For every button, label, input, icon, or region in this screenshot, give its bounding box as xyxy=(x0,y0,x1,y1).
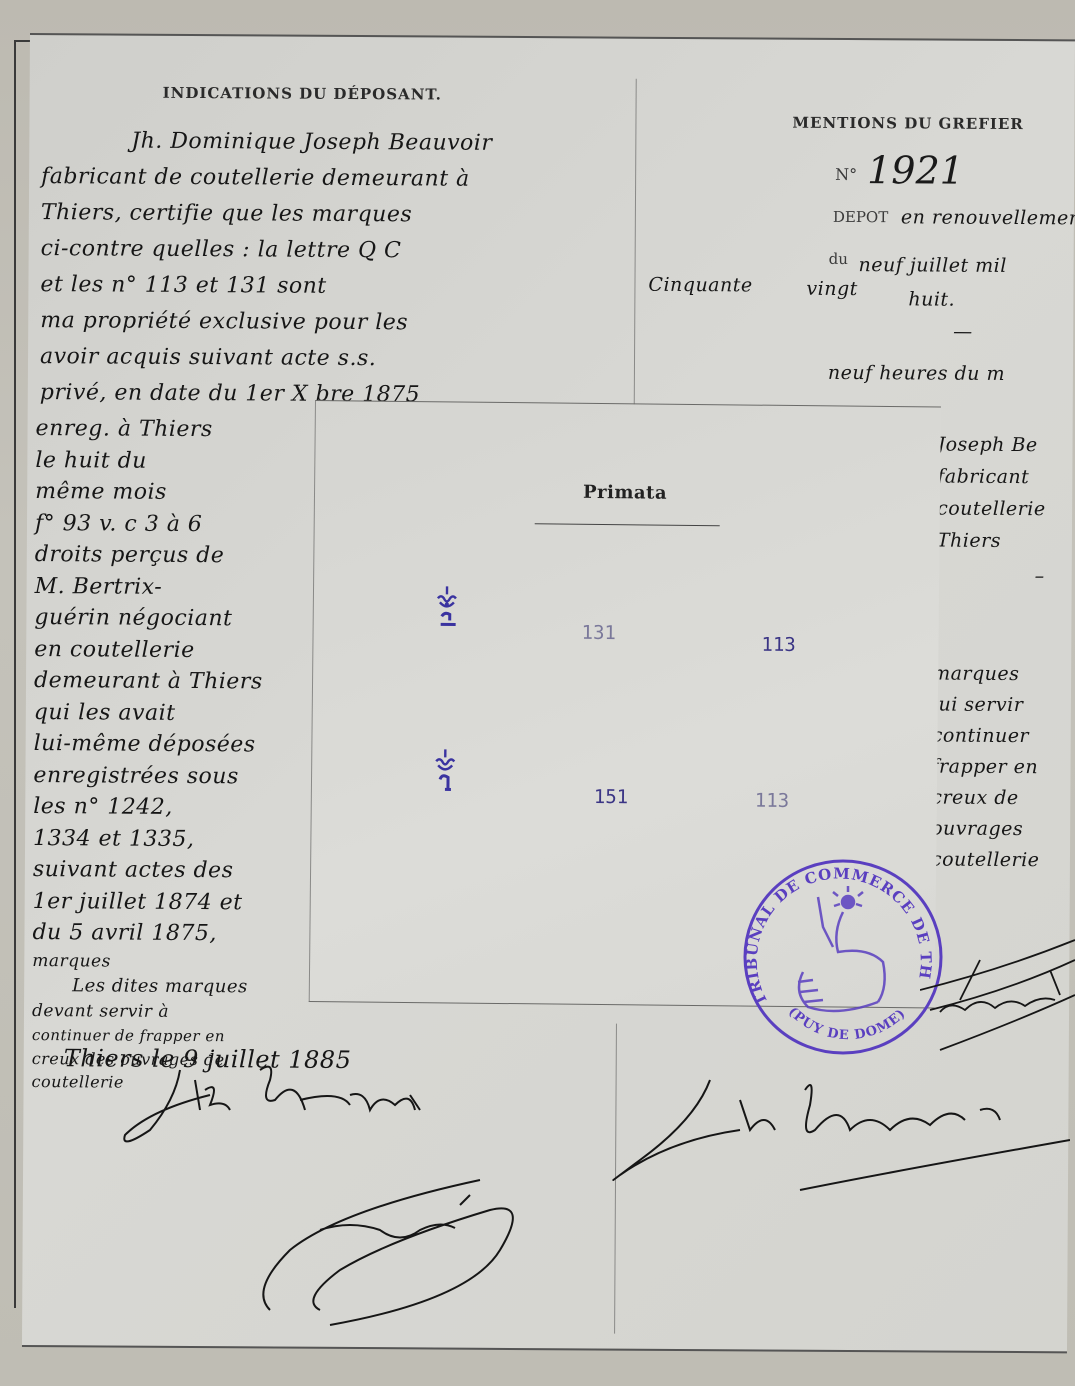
right-column-heading: MENTIONS DU GREFIER xyxy=(792,114,1023,133)
left-line: même mois xyxy=(35,476,315,509)
left-line: suivant actes des xyxy=(33,854,313,887)
left-line: M. Bertrix- xyxy=(35,571,315,604)
crown-q-mark-icon xyxy=(432,584,463,634)
time-handwritten: neuf heures du m xyxy=(828,362,1005,385)
left-line: demeurant à Thiers xyxy=(34,665,314,698)
left-line: enregistrées sous xyxy=(33,760,313,793)
right-line: coutellerie xyxy=(937,493,1046,526)
dash-mark-2: – xyxy=(1035,565,1045,587)
left-line: droits perçus de xyxy=(35,539,315,572)
left-line: en coutellerie xyxy=(34,634,314,667)
mark-number: 113 xyxy=(755,790,790,812)
signature-clerk-left xyxy=(230,1150,530,1330)
left-handwritten-block-wide: Jh. Dominique Joseph Beauvoir fabricant … xyxy=(40,123,493,414)
left-column-heading: INDICATIONS DU DÉPOSANT. xyxy=(163,84,442,104)
left-line: devant servir à xyxy=(32,999,312,1025)
left-line: Thiers, certifie que les marques xyxy=(41,195,492,234)
date-line-2-mid: vingt xyxy=(806,278,857,300)
left-line: 1334 et 1335, xyxy=(33,823,313,856)
left-line: les n° 1242, xyxy=(33,791,313,824)
date-line-2-right: huit. xyxy=(908,288,955,310)
right-line: creux de xyxy=(931,783,1040,815)
left-line: marques xyxy=(32,949,312,975)
date-line-1: neuf juillet mil xyxy=(859,254,1007,277)
signature-clerk-right xyxy=(920,900,1075,1060)
crown-q-mark-icon xyxy=(430,747,461,797)
left-line: et les n° 113 et 131 sont xyxy=(40,267,491,306)
signature-depositor-right xyxy=(600,1060,1070,1200)
title-rule xyxy=(535,523,720,526)
right-line: ouvrages xyxy=(931,814,1040,846)
dash-mark: — xyxy=(953,321,973,343)
right-marks-block: marques lui servir continuer frapper en … xyxy=(931,659,1041,877)
du-label: du xyxy=(829,250,848,268)
left-line: guérin négociant xyxy=(34,602,314,635)
court-stamp: TRIBUNAL DE COMMERCE DE THIERS (PUY DE D… xyxy=(738,852,948,1062)
left-handwritten-block-narrow: enreg. à Thiers le huit du même mois f° … xyxy=(32,413,316,1094)
liberty-figure-icon xyxy=(798,886,885,1011)
marks-panel-title: Primata xyxy=(583,482,667,504)
right-line: frapper en xyxy=(931,752,1040,784)
left-line: ma propriété exclusive pour les xyxy=(40,303,491,342)
left-line: enreg. à Thiers xyxy=(35,413,315,446)
left-line: 1er juillet 1874 et xyxy=(33,886,313,919)
right-depositor-block: Joseph Be fabricant coutellerie Thiers xyxy=(937,429,1046,558)
left-line: Jh. Dominique Joseph Beauvoir xyxy=(41,123,492,162)
left-line: fabricant de coutellerie demeurant à xyxy=(41,159,492,198)
left-line: Les dites marques xyxy=(32,973,312,1001)
number-label: N° xyxy=(835,165,857,184)
registration-number: 1921 xyxy=(867,148,964,193)
mark-number: 151 xyxy=(594,786,629,808)
left-line: f° 93 v. c 3 à 6 xyxy=(35,508,315,541)
depot-label: DEPOT xyxy=(833,208,888,226)
right-line: marques xyxy=(932,659,1041,691)
right-line: continuer xyxy=(932,721,1041,753)
column-divider xyxy=(634,79,637,419)
left-line: lui-même déposées xyxy=(34,728,314,761)
left-line: du 5 avril 1875, xyxy=(32,917,312,950)
date-line-2-left: Cinquante xyxy=(648,274,752,297)
left-line: avoir acquis suivant acte s.s. xyxy=(40,339,491,378)
depot-handwritten: en renouvellement xyxy=(901,206,1075,229)
signature-depositor-left xyxy=(110,1050,530,1150)
mark-number: 131 xyxy=(581,622,616,644)
left-line: le huit du xyxy=(35,445,315,478)
left-line: qui les avait xyxy=(34,697,314,730)
right-line: Joseph Be xyxy=(937,429,1046,462)
right-line: Thiers xyxy=(937,525,1046,558)
right-line: lui servir xyxy=(932,690,1041,722)
left-line: ci-contre quelles : la lettre Q C xyxy=(41,231,492,270)
backing-frame-left xyxy=(14,40,16,1308)
right-line: fabricant xyxy=(937,461,1046,494)
mark-number: 113 xyxy=(761,634,796,656)
